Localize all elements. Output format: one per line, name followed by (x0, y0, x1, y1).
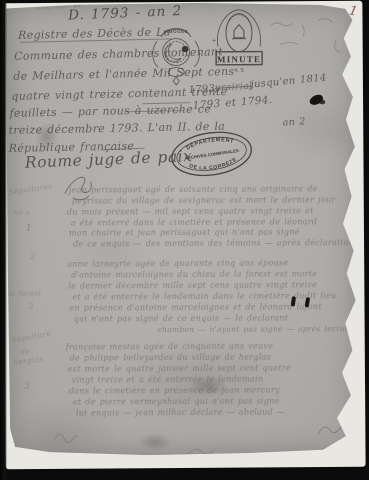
entry-line: qui n'ont pas signé de ce enquis — le dé… (73, 313, 288, 323)
minute-stamp-label: MINUTE (217, 54, 261, 64)
minute-stamp-value: 4. S (234, 68, 244, 74)
scanned-register-page: chamb. et D. 1793 - an 2 Registre des Dé… (0, 0, 369, 480)
margin-note: Sépultures (8, 182, 53, 197)
entry-line: mon chairie et jean perissaguet qui n'on… (69, 227, 300, 237)
archives-correze-stamp: DÉPARTEMENT ARCHIVES COMMUNALES DE LA CO… (167, 125, 257, 183)
margin-note: de (21, 348, 30, 356)
entry-line: le dernier décembre mille sept cens quat… (68, 280, 317, 290)
entry-line: peyrissac du village de sevignerac est m… (72, 195, 336, 205)
entry-line: de ce enquis — des mentions des témoins … (73, 238, 354, 248)
paper-smudge (188, 375, 228, 397)
entry-line: de philippe belleyardes du village de he… (70, 353, 272, 363)
stamp-cross-mark: + (212, 38, 216, 45)
ink-blot (318, 98, 326, 105)
margin-entry-number: 1 (26, 224, 32, 234)
entry-line: est morte le quatre janvier mille sept c… (68, 363, 291, 373)
margin-entry-number: 2 (30, 252, 35, 261)
struck-word: prairial (214, 81, 253, 94)
paper-smudge (138, 433, 172, 451)
manuscript-page: chamb. et D. 1793 - an 2 Registre des Dé… (6, 2, 358, 456)
entry-line: et a été enterrée le lendemain dans le c… (72, 291, 336, 301)
entry-line: jean perissaguet agé de soixante cinq an… (69, 184, 318, 194)
archives-stamp-middle: ARCHIVES COMMUNALES (184, 148, 239, 161)
limoges-stamp-text: LIMOGES (164, 29, 189, 34)
header-line: feuillets — par nous à uzerche ce (9, 102, 211, 120)
entry-line: françoise mestas agée de cinquante ans v… (66, 342, 274, 352)
entry-line: d'antoine marceloignes du chieu de la fo… (71, 269, 317, 279)
entry-subline: chambon — n'ayant pas signé — après lect… (158, 324, 354, 334)
stray-mark (53, 429, 79, 445)
date-range-end: jusqu'en 1814 (250, 73, 327, 91)
entry-line: dans le cimetière en présence de jean me… (69, 385, 280, 395)
margin-note: la forest (8, 290, 41, 298)
margin-note: né-a (14, 209, 30, 217)
paper-smudge (34, 122, 58, 152)
binding-edge (0, 0, 7, 480)
entry-line: du mois présent — mil sept cens quatre v… (67, 206, 314, 216)
margin-entry-number: 3 (24, 382, 30, 392)
entry-line: vingt treize et a été enterrée le lendem… (72, 375, 264, 385)
date-an-two: an 2 (282, 116, 306, 128)
margin-note: herglas (13, 355, 44, 367)
margin-note: Sépulture (11, 329, 52, 345)
entry-line: en présence d'antoine marceloignes et de… (69, 302, 322, 312)
limoges-fiscal-stamp: LIMOGES (149, 19, 203, 85)
minute-stamp: + MINUTE 4. S (210, 5, 268, 75)
entry-line: et de pierre vermeynhaval qui n'ont pas … (73, 396, 280, 406)
faint-scribble (268, 14, 358, 56)
entry-line: a été enterré dans le cimetière et prése… (71, 217, 317, 227)
entry-line: lui enquis — jean milhac déclare — abela… (76, 407, 285, 417)
entry-line: anne larneyrie agée de quarante cinq ans… (67, 258, 288, 268)
margin-entry-number: 2 (28, 302, 33, 311)
